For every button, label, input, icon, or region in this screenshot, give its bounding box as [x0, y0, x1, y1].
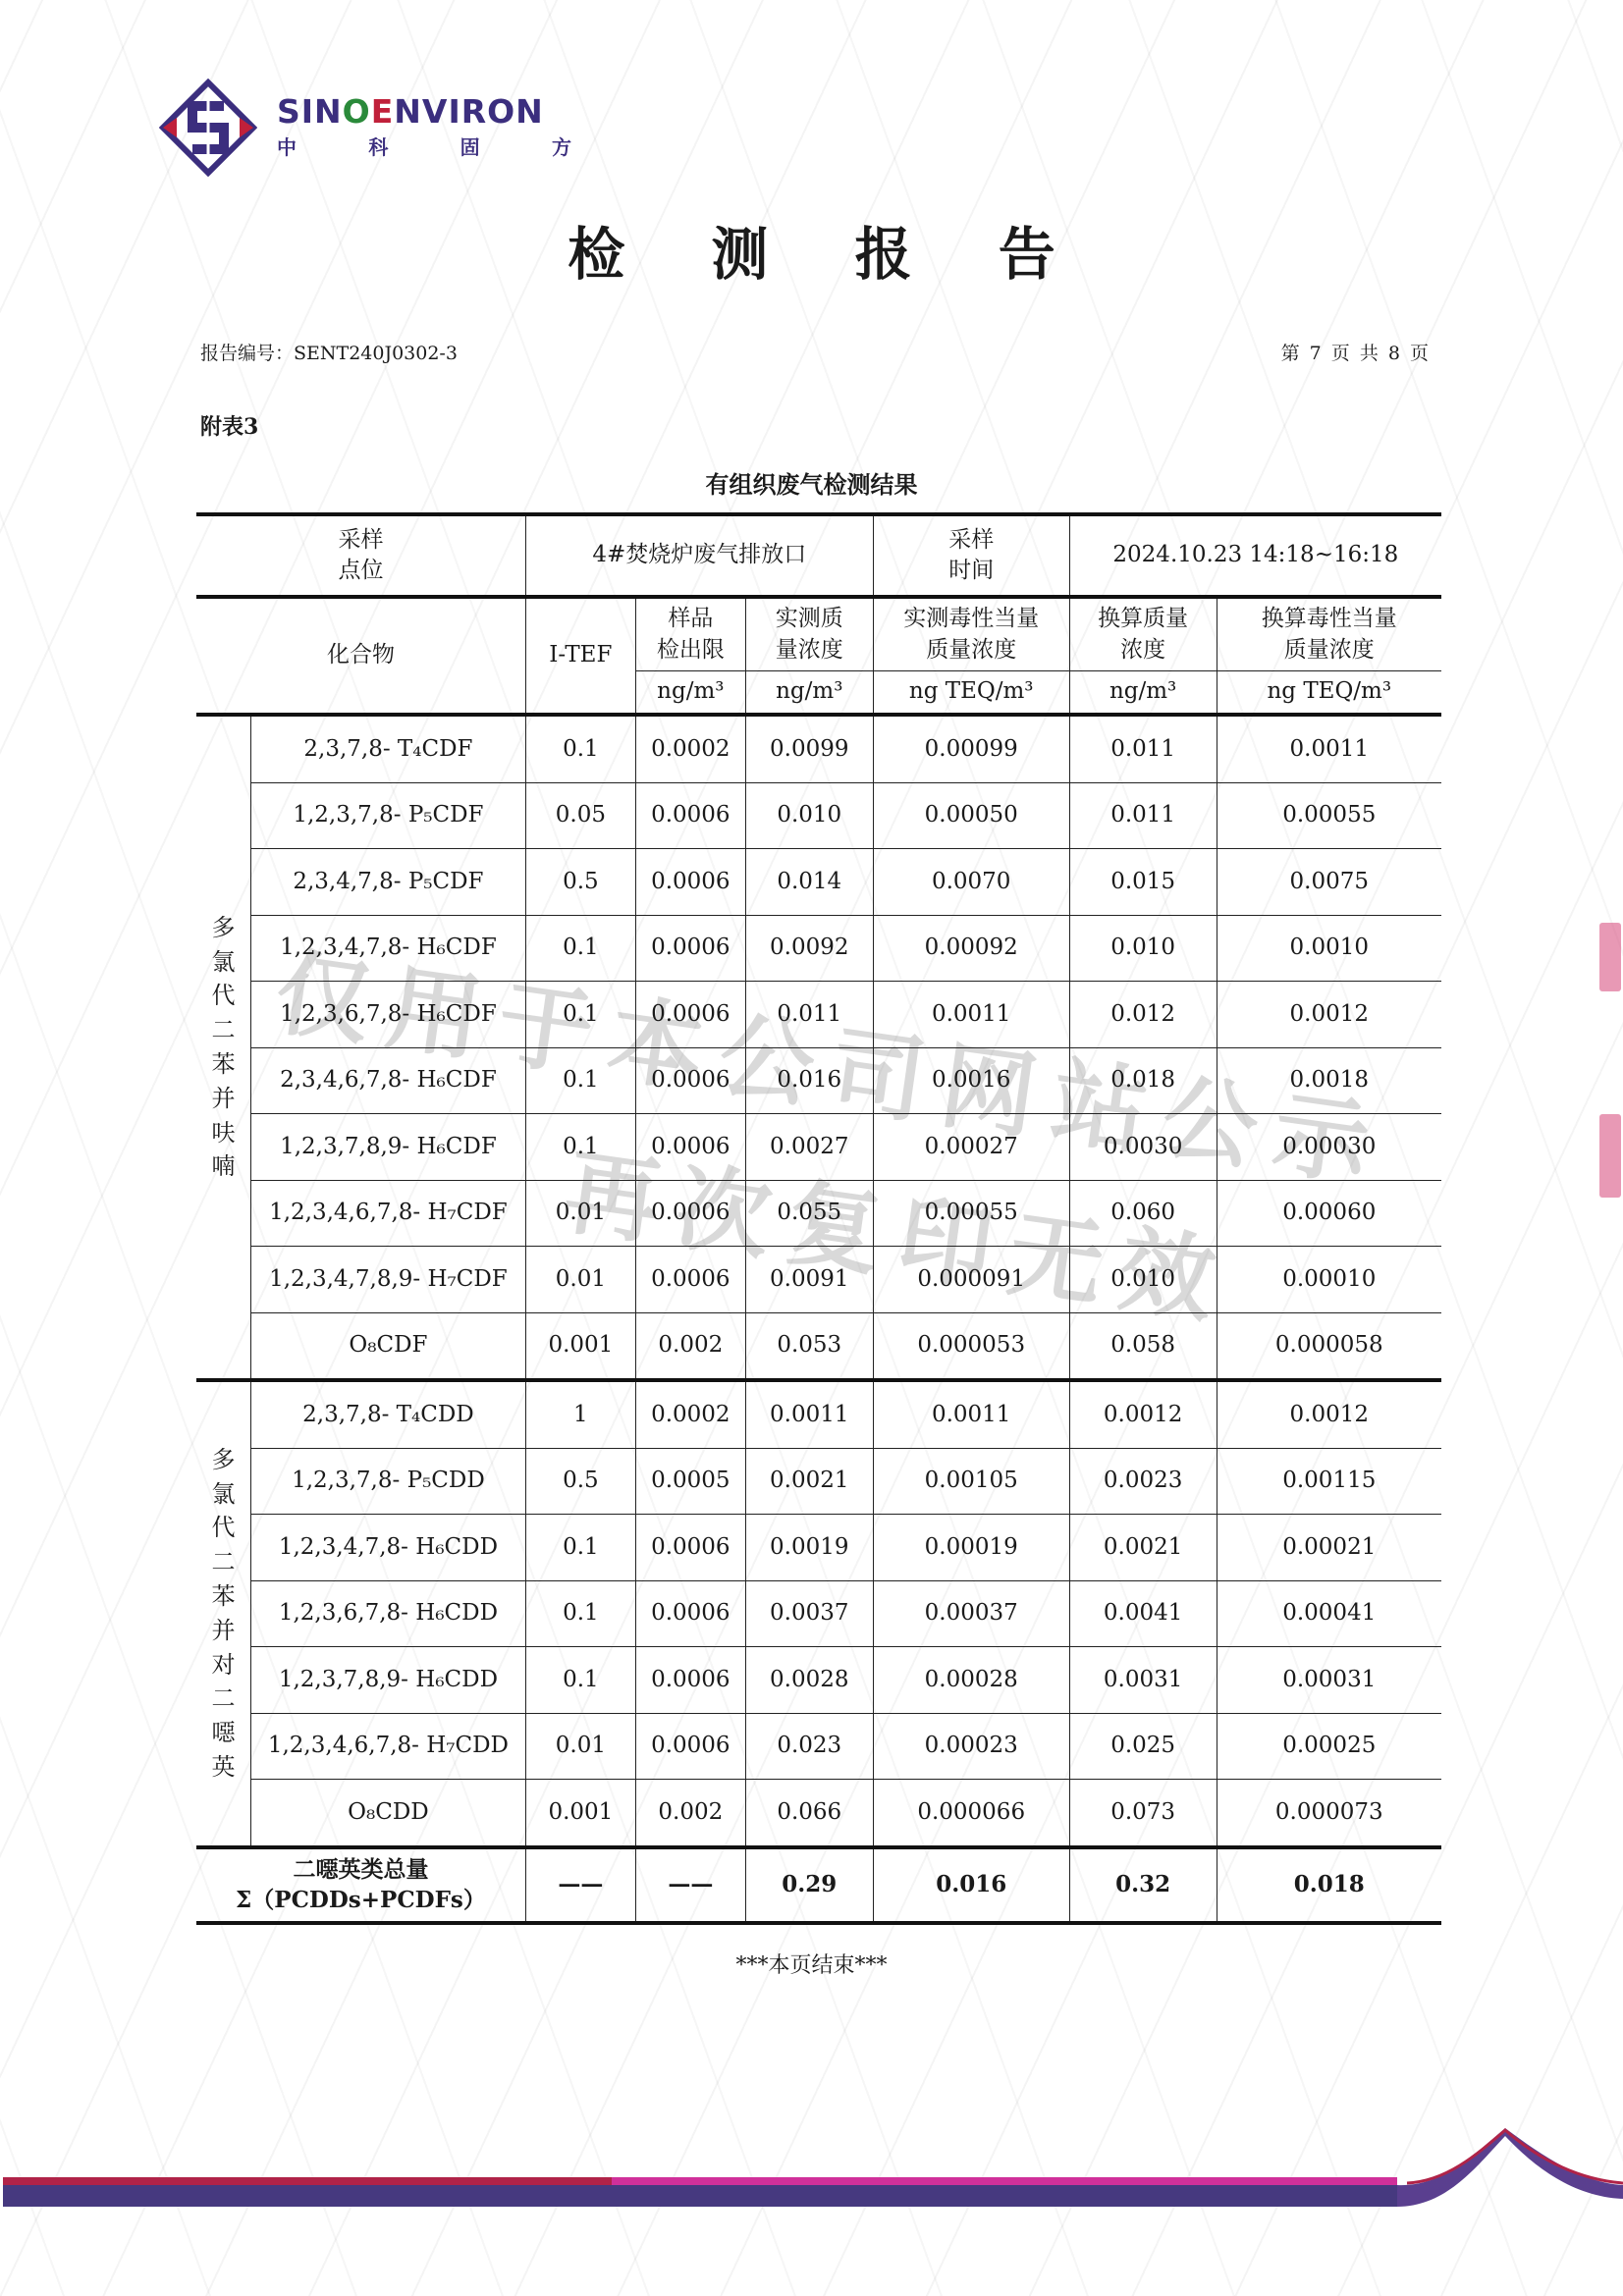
- cell-itef: 0.05: [525, 782, 635, 849]
- cell-converted-conc: 0.011: [1069, 715, 1217, 782]
- cell-measured-teq: 0.000091: [873, 1247, 1069, 1313]
- cell-measured-teq: 0.00023: [873, 1713, 1069, 1780]
- cell-converted-teq: 0.00055: [1217, 782, 1441, 849]
- seal-stamp-fragment: [1596, 923, 1623, 1207]
- sampling-location: 4#焚烧炉废气排放口: [525, 514, 873, 597]
- cell-compound: 2,3,4,7,8- P₅CDF: [250, 849, 525, 916]
- table-title: 有组织废气检测结果: [0, 465, 1623, 500]
- cell-converted-teq: 0.0010: [1217, 915, 1441, 982]
- cell-converted-conc: 0.0030: [1069, 1114, 1217, 1181]
- col-detection-limit: 样品 检出限: [635, 597, 745, 671]
- col-measured-teq: 实测毒性当量 质量浓度: [873, 597, 1069, 671]
- cell-converted-conc: 0.015: [1069, 849, 1217, 916]
- cell-detection-limit: 0.0006: [635, 1114, 745, 1181]
- cell-measured-conc: 0.0099: [745, 715, 873, 782]
- cell-measured-teq: 0.0011: [873, 982, 1069, 1048]
- cell-compound: O₈CDF: [250, 1312, 525, 1380]
- cell-converted-teq: 0.00031: [1217, 1647, 1441, 1714]
- column-header-row: 化合物 I-TEF 样品 检出限 实测质 量浓度 实测毒性当量 质量浓度 换算质…: [196, 597, 1441, 671]
- cell-measured-conc: 0.0037: [745, 1580, 873, 1647]
- cell-itef: 0.01: [525, 1247, 635, 1313]
- cell-measured-teq: 0.00099: [873, 715, 1069, 782]
- cell-detection-limit: 0.0005: [635, 1448, 745, 1515]
- group-label: 多氯代二苯并呋喃: [196, 715, 250, 1380]
- cell-converted-teq: 0.00115: [1217, 1448, 1441, 1515]
- table-row: 1,2,3,4,7,8,9- H₇CDF0.010.00060.00910.00…: [196, 1247, 1441, 1313]
- cell-detection-limit: 0.0006: [635, 915, 745, 982]
- cell-converted-teq: 0.0018: [1217, 1047, 1441, 1114]
- cell-measured-teq: 0.0070: [873, 849, 1069, 916]
- cell-converted-conc: 0.025: [1069, 1713, 1217, 1780]
- cell-measured-teq: 0.00105: [873, 1448, 1069, 1515]
- report-number: 报告编号：SENT240J0302-3: [200, 339, 458, 365]
- table-row: 1,2,3,6,7,8- H₆CDF0.10.00060.0110.00110.…: [196, 982, 1441, 1048]
- table-row: 1,2,3,4,6,7,8- H₇CDD0.010.00060.0230.000…: [196, 1713, 1441, 1780]
- total-label: 二噁英类总量 Σ（PCDDs+PCDFs）: [196, 1847, 525, 1923]
- cell-detection-limit: 0.002: [635, 1312, 745, 1380]
- total-measured-teq: 0.016: [873, 1847, 1069, 1923]
- cell-converted-teq: 0.000058: [1217, 1312, 1441, 1380]
- cell-detection-limit: 0.0006: [635, 849, 745, 916]
- brand-name-cn: 中 科 固 方: [277, 132, 571, 160]
- cell-measured-teq: 0.00092: [873, 915, 1069, 982]
- cell-measured-teq: 0.00027: [873, 1114, 1069, 1181]
- col-compound: 化合物: [196, 597, 525, 715]
- unit-converted-teq: ng TEQ/m³: [1217, 671, 1441, 716]
- end-of-page-note: ***本页结束***: [0, 1949, 1623, 1979]
- cell-itef: 0.1: [525, 915, 635, 982]
- cell-itef: 0.5: [525, 849, 635, 916]
- cell-measured-conc: 0.014: [745, 849, 873, 916]
- cell-measured-teq: 0.00055: [873, 1180, 1069, 1247]
- table-row: O₈CDD0.0010.0020.0660.0000660.0730.00007…: [196, 1780, 1441, 1847]
- cell-converted-conc: 0.010: [1069, 915, 1217, 982]
- table-row: 1,2,3,4,7,8- H₆CDF0.10.00060.00920.00092…: [196, 915, 1441, 982]
- cell-measured-conc: 0.0092: [745, 915, 873, 982]
- cell-converted-teq: 0.0012: [1217, 982, 1441, 1048]
- cell-itef: 1: [525, 1380, 635, 1448]
- cell-converted-conc: 0.0031: [1069, 1647, 1217, 1714]
- cell-detection-limit: 0.0006: [635, 1580, 745, 1647]
- cell-itef: 0.001: [525, 1780, 635, 1847]
- cell-detection-limit: 0.002: [635, 1780, 745, 1847]
- cell-itef: 0.1: [525, 1647, 635, 1714]
- cell-converted-conc: 0.060: [1069, 1180, 1217, 1247]
- cell-converted-teq: 0.000073: [1217, 1780, 1441, 1847]
- cell-detection-limit: 0.0006: [635, 1515, 745, 1581]
- cell-itef: 0.1: [525, 1515, 635, 1581]
- col-measured-conc: 实测质 量浓度: [745, 597, 873, 671]
- cell-compound: 1,2,3,4,7,8,9- H₇CDF: [250, 1247, 525, 1313]
- cell-converted-teq: 0.00025: [1217, 1713, 1441, 1780]
- cell-detection-limit: 0.0006: [635, 782, 745, 849]
- table-row: O₈CDF0.0010.0020.0530.0000530.0580.00005…: [196, 1312, 1441, 1380]
- cell-converted-conc: 0.0021: [1069, 1515, 1217, 1581]
- cell-converted-conc: 0.0041: [1069, 1580, 1217, 1647]
- cell-itef: 0.1: [525, 982, 635, 1048]
- cell-measured-conc: 0.0011: [745, 1380, 873, 1448]
- cell-measured-conc: 0.0019: [745, 1515, 873, 1581]
- table-row: 2,3,4,7,8- P₅CDF0.50.00060.0140.00700.01…: [196, 849, 1441, 916]
- group-label: 多氯代二苯并对二噁英: [196, 1380, 250, 1847]
- table-row: 1,2,3,7,8- P₅CDD0.50.00050.00210.001050.…: [196, 1448, 1441, 1515]
- brand-name-en: SINOENVIRON: [277, 95, 571, 128]
- cell-converted-teq: 0.0012: [1217, 1380, 1441, 1448]
- sampling-location-label: 采样 点位: [196, 514, 525, 597]
- cell-compound: 2,3,7,8- T₄CDD: [250, 1380, 525, 1448]
- cell-measured-conc: 0.066: [745, 1780, 873, 1847]
- cell-measured-conc: 0.011: [745, 982, 873, 1048]
- cell-measured-conc: 0.0021: [745, 1448, 873, 1515]
- cell-compound: 1,2,3,4,6,7,8- H₇CDF: [250, 1180, 525, 1247]
- cell-itef: 0.001: [525, 1312, 635, 1380]
- total-itef: ——: [525, 1847, 635, 1923]
- cell-converted-conc: 0.0012: [1069, 1380, 1217, 1448]
- cell-itef: 0.5: [525, 1448, 635, 1515]
- cell-compound: 1,2,3,6,7,8- H₆CDF: [250, 982, 525, 1048]
- col-converted-conc: 换算质量 浓度: [1069, 597, 1217, 671]
- cell-measured-teq: 0.00028: [873, 1647, 1069, 1714]
- total-detection-limit: ——: [635, 1847, 745, 1923]
- sampling-time-label: 采样 时间: [873, 514, 1069, 597]
- total-row: 二噁英类总量 Σ（PCDDs+PCDFs） —— —— 0.29 0.016 0…: [196, 1847, 1441, 1923]
- col-converted-teq: 换算毒性当量 质量浓度: [1217, 597, 1441, 671]
- cell-converted-teq: 0.0011: [1217, 715, 1441, 782]
- cell-converted-conc: 0.073: [1069, 1780, 1217, 1847]
- table-row: 1,2,3,4,6,7,8- H₇CDF0.010.00060.0550.000…: [196, 1180, 1441, 1247]
- table-row: 多氯代二苯并呋喃2,3,7,8- T₄CDF0.10.00020.00990.0…: [196, 715, 1441, 782]
- appendix-label: 附表3: [200, 410, 258, 441]
- total-converted-teq: 0.018: [1217, 1847, 1441, 1923]
- cell-detection-limit: 0.0006: [635, 1047, 745, 1114]
- table-row: 1,2,3,4,7,8- H₆CDD0.10.00060.00190.00019…: [196, 1515, 1441, 1581]
- table-row: 1,2,3,7,8,9- H₆CDD0.10.00060.00280.00028…: [196, 1647, 1441, 1714]
- table-row: 1,2,3,7,8- P₅CDF0.050.00060.0100.000500.…: [196, 782, 1441, 849]
- cell-converted-teq: 0.00060: [1217, 1180, 1441, 1247]
- page-indicator: 第 7 页 共 8 页: [1281, 339, 1431, 365]
- cell-detection-limit: 0.0006: [635, 1180, 745, 1247]
- unit-detection-limit: ng/m³: [635, 671, 745, 716]
- cell-compound: 1,2,3,7,8- P₅CDD: [250, 1448, 525, 1515]
- cell-compound: 1,2,3,6,7,8- H₆CDD: [250, 1580, 525, 1647]
- cell-compound: O₈CDD: [250, 1780, 525, 1847]
- cell-compound: 1,2,3,7,8,9- H₆CDF: [250, 1114, 525, 1181]
- cell-measured-conc: 0.055: [745, 1180, 873, 1247]
- cell-converted-conc: 0.0023: [1069, 1448, 1217, 1515]
- table-row: 2,3,4,6,7,8- H₆CDF0.10.00060.0160.00160.…: [196, 1047, 1441, 1114]
- sampling-info-row: 采样 点位 4#焚烧炉废气排放口 采样 时间 2024.10.23 14:18~…: [196, 514, 1441, 597]
- cell-itef: 0.01: [525, 1180, 635, 1247]
- cell-compound: 1,2,3,7,8- P₅CDF: [250, 782, 525, 849]
- cell-measured-conc: 0.0027: [745, 1114, 873, 1181]
- cell-detection-limit: 0.0006: [635, 1647, 745, 1714]
- cell-converted-teq: 0.00030: [1217, 1114, 1441, 1181]
- unit-measured-teq: ng TEQ/m³: [873, 671, 1069, 716]
- total-converted-conc: 0.32: [1069, 1847, 1217, 1923]
- cell-itef: 0.1: [525, 715, 635, 782]
- cell-measured-teq: 0.000053: [873, 1312, 1069, 1380]
- cell-measured-teq: 0.000066: [873, 1780, 1069, 1847]
- cell-compound: 1,2,3,7,8,9- H₆CDD: [250, 1647, 525, 1714]
- cell-measured-conc: 0.023: [745, 1713, 873, 1780]
- table-row: 多氯代二苯并对二噁英2,3,7,8- T₄CDD10.00020.00110.0…: [196, 1380, 1441, 1448]
- cell-converted-conc: 0.058: [1069, 1312, 1217, 1380]
- cell-detection-limit: 0.0006: [635, 1713, 745, 1780]
- cell-converted-conc: 0.018: [1069, 1047, 1217, 1114]
- cell-detection-limit: 0.0006: [635, 982, 745, 1048]
- logo-s-diamond-icon: [159, 79, 257, 177]
- total-measured-conc: 0.29: [745, 1847, 873, 1923]
- table-row: 1,2,3,7,8,9- H₆CDF0.10.00060.00270.00027…: [196, 1114, 1441, 1181]
- company-logo: SINOENVIRON 中 科 固 方: [159, 79, 571, 177]
- cell-detection-limit: 0.0006: [635, 1247, 745, 1313]
- cell-detection-limit: 0.0002: [635, 715, 745, 782]
- cell-itef: 0.1: [525, 1580, 635, 1647]
- cell-converted-conc: 0.010: [1069, 1247, 1217, 1313]
- col-itef: I-TEF: [525, 597, 635, 715]
- cell-compound: 1,2,3,4,7,8- H₆CDD: [250, 1515, 525, 1581]
- cell-detection-limit: 0.0002: [635, 1380, 745, 1448]
- cell-converted-teq: 0.00021: [1217, 1515, 1441, 1581]
- cell-measured-conc: 0.053: [745, 1312, 873, 1380]
- cell-converted-conc: 0.011: [1069, 782, 1217, 849]
- sampling-time: 2024.10.23 14:18~16:18: [1069, 514, 1441, 597]
- cell-converted-conc: 0.012: [1069, 982, 1217, 1048]
- cell-measured-conc: 0.010: [745, 782, 873, 849]
- cell-measured-conc: 0.016: [745, 1047, 873, 1114]
- cell-itef: 0.01: [525, 1713, 635, 1780]
- cell-itef: 0.1: [525, 1114, 635, 1181]
- page-title: 检 测 报 告: [0, 208, 1623, 291]
- unit-converted-conc: ng/m³: [1069, 671, 1217, 716]
- cell-converted-teq: 0.00041: [1217, 1580, 1441, 1647]
- cell-converted-teq: 0.0075: [1217, 849, 1441, 916]
- cell-measured-conc: 0.0091: [745, 1247, 873, 1313]
- cell-itef: 0.1: [525, 1047, 635, 1114]
- cell-measured-conc: 0.0028: [745, 1647, 873, 1714]
- cell-measured-teq: 0.00037: [873, 1580, 1069, 1647]
- table-row: 1,2,3,6,7,8- H₆CDD0.10.00060.00370.00037…: [196, 1580, 1441, 1647]
- unit-measured-conc: ng/m³: [745, 671, 873, 716]
- cell-measured-teq: 0.0016: [873, 1047, 1069, 1114]
- cell-converted-teq: 0.00010: [1217, 1247, 1441, 1313]
- cell-measured-teq: 0.0011: [873, 1380, 1069, 1448]
- footer-decoration: [3, 2167, 1623, 2207]
- cell-compound: 2,3,7,8- T₄CDF: [250, 715, 525, 782]
- cell-compound: 2,3,4,6,7,8- H₆CDF: [250, 1047, 525, 1114]
- cell-measured-teq: 0.00019: [873, 1515, 1069, 1581]
- cell-compound: 1,2,3,4,6,7,8- H₇CDD: [250, 1713, 525, 1780]
- cell-measured-teq: 0.00050: [873, 782, 1069, 849]
- cell-compound: 1,2,3,4,7,8- H₆CDF: [250, 915, 525, 982]
- results-table: 采样 点位 4#焚烧炉废气排放口 采样 时间 2024.10.23 14:18~…: [196, 512, 1441, 1925]
